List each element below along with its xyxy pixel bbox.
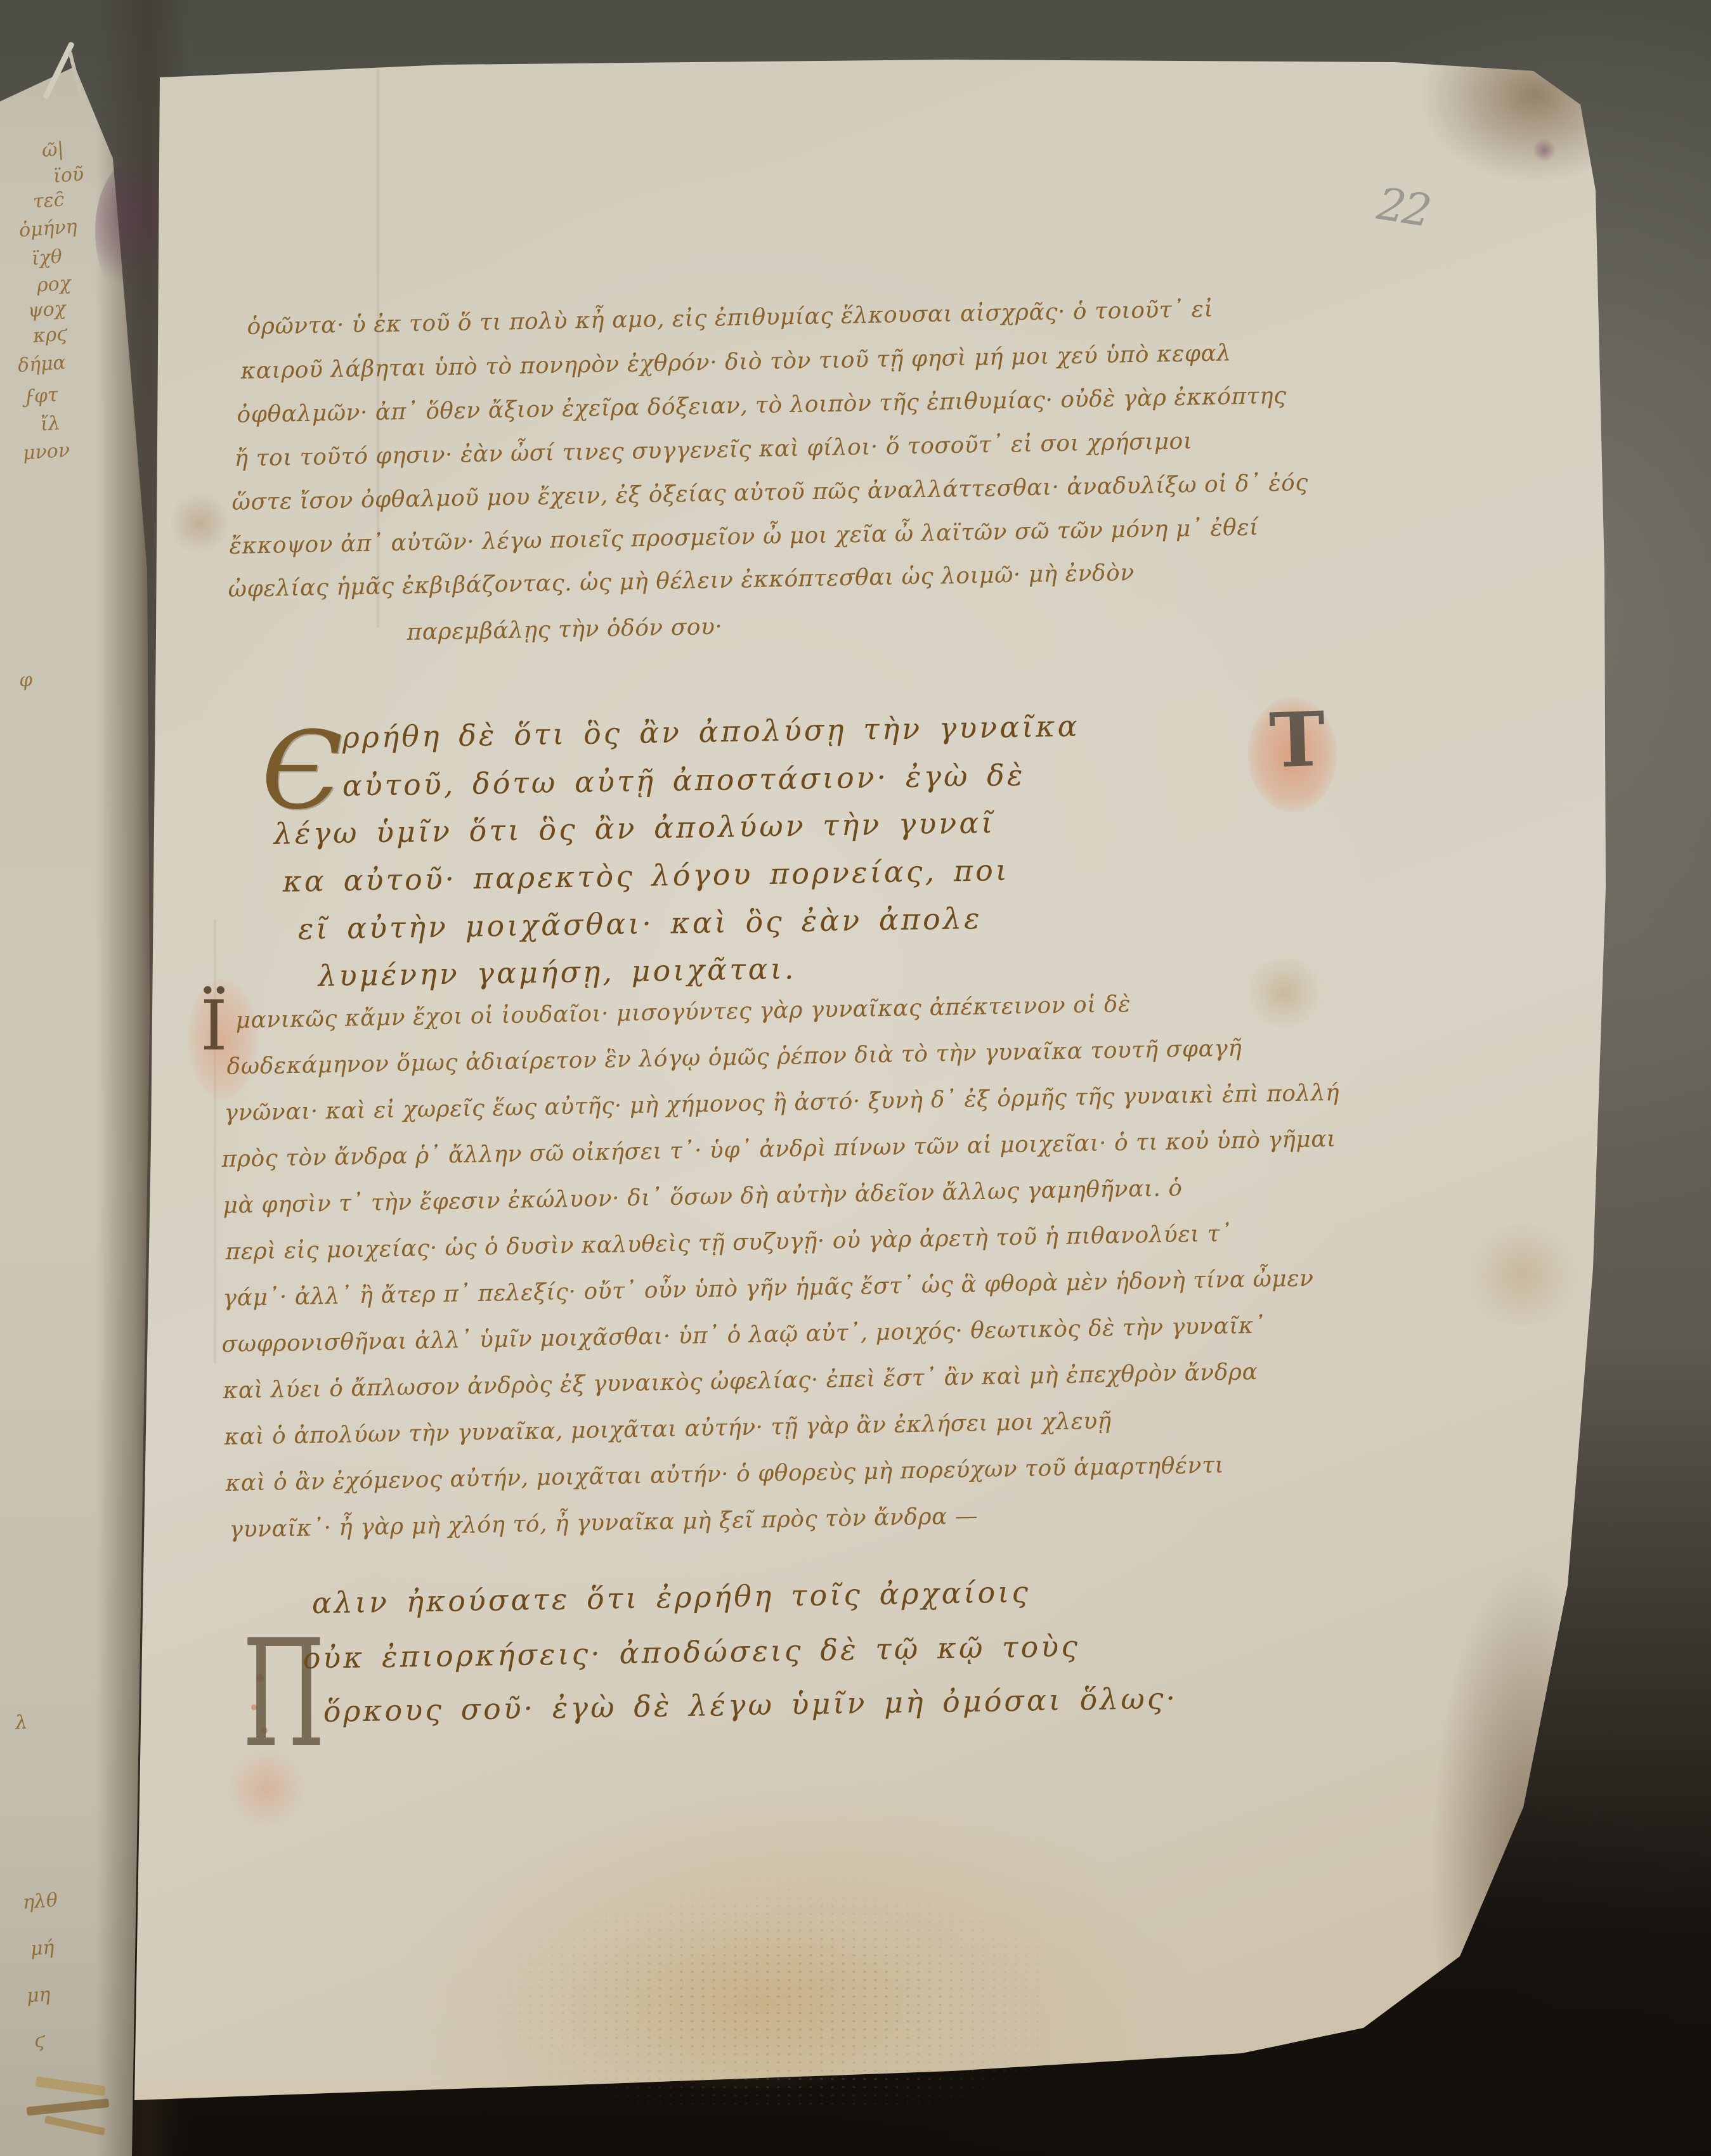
ink-stain <box>171 488 228 558</box>
left-page-text-fragment: ϊοῦ <box>53 165 84 186</box>
folio-number-pencil: 22 <box>1374 181 1432 233</box>
purple-dot-stain <box>1533 138 1555 162</box>
left-page-text-fragment: μη <box>26 1985 51 2006</box>
left-page-text-fragment: ϛ <box>34 2031 46 2051</box>
left-page-text-fragment: μνον <box>22 441 70 463</box>
left-page-text-fragment: τεϲ̑ <box>32 190 65 211</box>
left-page-text-fragment: ϝφτ <box>25 386 58 407</box>
left-page-text-fragment: ῶ| <box>41 140 65 160</box>
left-page-text-fragment: λ <box>15 1713 28 1732</box>
commentary-line: παρεμβάλῃς τὴν ὁδόν σου· <box>407 616 722 644</box>
left-page-text-fragment: κρϛ <box>32 325 68 346</box>
left-page-text-fragment: ὁμήνη <box>18 218 78 240</box>
initial-halo <box>228 1750 304 1826</box>
stain <box>1459 1224 1585 1325</box>
section-mark: T <box>1268 702 1327 779</box>
left-page-text-fragment: φ <box>18 670 33 690</box>
decorated-initial-epsilon: Є <box>261 709 343 833</box>
marginal-initial-iota: Ϊ <box>200 987 228 1066</box>
left-page-text-fragment: μή <box>30 1938 55 1959</box>
left-page-text-fragment: ροχ <box>36 274 72 295</box>
manuscript-photo: ῶ| ϊοῦ τεϲ̑ ὁμήνη ϊχθ ροχ ψοχ κρϛ δήμα ϝ… <box>0 0 1711 2156</box>
left-page-text-fragment: δήμα <box>17 353 67 375</box>
gospel-line: λυμένην γαμήσῃ, μοιχᾶται. <box>318 954 796 990</box>
left-page-text-fragment: ϊχθ <box>31 247 63 268</box>
stain <box>1243 958 1325 1027</box>
left-page-text-fragment: ψοχ <box>27 299 67 321</box>
left-page-text-fragment: ἴλ <box>40 414 61 434</box>
speckled-stain <box>482 1877 1040 2105</box>
left-page-text-fragment: ηλθ <box>22 1891 58 1912</box>
